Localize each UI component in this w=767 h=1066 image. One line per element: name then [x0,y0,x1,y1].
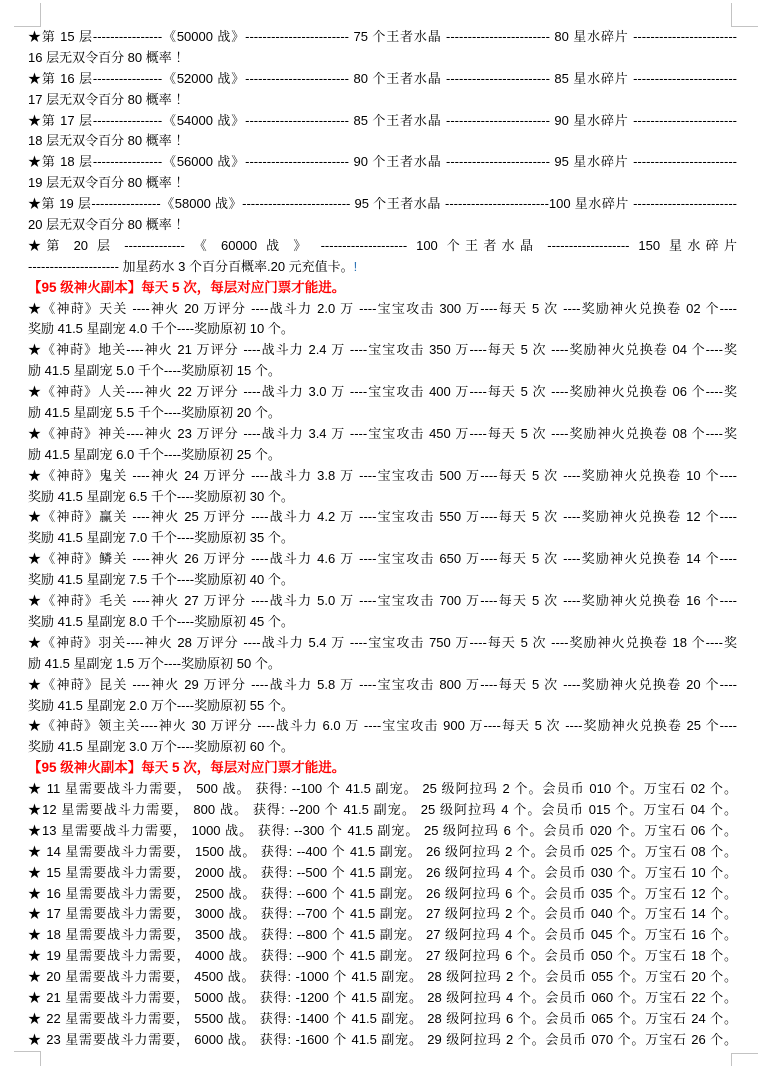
gate-reward-continuation: 励 41.5 星副宠 6.0 千个----奖励原初 25 个。 [28,445,737,466]
gate-reward-line: ★《神莳》毛关 ----神火 27 万评分 ----战斗力 5.0 万 ----… [28,591,737,612]
floor-reward-line: ★第 18 层----------------《56000 战》--------… [28,152,737,173]
gate-reward-line: ★《神莳》天关 ----神火 20 万评分 ----战斗力 2.0 万 ----… [28,299,737,320]
star-requirement-line: ★ 16 星需要战斗力需要， 2500 战。 获得: --600 个 41.5 … [28,884,737,905]
star-requirement-line: ★ 18 星需要战斗力需要， 3500 战。 获得: --800 个 41.5 … [28,925,737,946]
crop-mark-top-right [731,3,758,27]
fire-dungeon-header: 【95 级神火副本】每天 5 次，每层对应门票才能进。 [28,278,737,299]
floor-reward-line: ★第 17 层----------------《54000 战》--------… [28,111,737,132]
gate-reward-line: ★《神莳》鳞关 ----神火 26 万评分 ----战斗力 4.6 万 ----… [28,549,737,570]
gate-reward-continuation: 励 41.5 星副宠 5.5 千个----奖励原初 20 个。 [28,403,737,424]
gate-reward-continuation: 奖励 41.5 星副宠 7.0 千个----奖励原初 35 个。 [28,528,737,549]
floor-token-line: 16 层无双令百分 80 概率 ！ [28,48,737,69]
crop-mark-top-left [14,3,41,27]
floor-bonus-note-line: --------------------- 加星药水 3 个百分百概率.20 元… [28,257,737,278]
floor-reward-line: ★第 16 层----------------《52000 战》--------… [28,69,737,90]
star-requirement-line: ★ 15 星需要战斗力需要， 2000 战。 获得: --500 个 41.5 … [28,863,737,884]
document-body: ★第 15 层----------------《50000 战》--------… [28,27,737,1051]
crop-mark-bottom-left [14,1051,41,1066]
gate-reward-continuation: 奖励 41.5 星副宠 6.5 千个----奖励原初 30 个。 [28,487,737,508]
star-requirement-line: ★ 23 星需要战斗力需要， 6000 战。 获得: -1600 个 41.5 … [28,1030,737,1051]
star-requirement-line: ★ 22 星需要战斗力需要， 5500 战。 获得: -1400 个 41.5 … [28,1009,737,1030]
star-requirement-line: ★ 20 星需要战斗力需要， 4500 战。 获得: -1000 个 41.5 … [28,967,737,988]
gate-reward-line: ★《神莳》昆关 ----神火 29 万评分 ----战斗力 5.8 万 ----… [28,675,737,696]
floor-token-line: 20 层无双令百分 80 概率 ！ [28,215,737,236]
star-requirement-line: ★ 17 星需要战斗力需要， 3000 战。 获得: --700 个 41.5 … [28,904,737,925]
document-page: ★第 15 层----------------《50000 战》--------… [0,0,767,1066]
gate-reward-continuation: 奖励 41.5 星副宠 8.0 千个----奖励原初 45 个。 [28,612,737,633]
star-requirement-line: ★ 11 星需要战斗力需要， 500 战。 获得: --100 个 41.5 副… [28,779,737,800]
star-requirement-line: ★ 21 星需要战斗力需要， 5000 战。 获得: -1200 个 41.5 … [28,988,737,1009]
gate-reward-continuation: 奖励 41.5 星副宠 4.0 千个----奖励原初 10 个。 [28,319,737,340]
floor-reward-line: ★第 15 层----------------《50000 战》--------… [28,27,737,48]
gate-reward-line: ★《神莳》人关----神火 22 万评分 ----战斗力 3.0 万 ----宝… [28,382,737,403]
gate-reward-line: ★《神莳》羽关----神火 28 万评分 ----战斗力 5.4 万 ----宝… [28,633,737,654]
floor-token-line: 17 层无双令百分 80 概率 ！ [28,90,737,111]
floor-reward-line: ★第 19 层----------------《58000 战》--------… [28,194,737,215]
gate-reward-continuation: 励 41.5 星副宠 5.0 千个----奖励原初 15 个。 [28,361,737,382]
star-requirement-line: ★ 14 星需要战斗力需要， 1500 战。 获得: --400 个 41.5 … [28,842,737,863]
gate-reward-line: ★《神莳》神关----神火 23 万评分 ----战斗力 3.4 万 ----宝… [28,424,737,445]
gate-reward-continuation: 奖励 41.5 星副宠 2.0 万个----奖励原初 55 个。 [28,696,737,717]
floor-token-line: 18 层无双令百分 80 概率 ！ [28,131,737,152]
fire-dungeon-header: 【95 级神火副本】每天 5 次，每层对应门票才能进。 [28,758,737,779]
gate-reward-line: ★《神莳》赢关 ----神火 25 万评分 ----战斗力 4.2 万 ----… [28,507,737,528]
gate-reward-continuation: 奖励 41.5 星副宠 3.0 万个----奖励原初 60 个。 [28,737,737,758]
gate-reward-line: ★《神莳》领主关----神火 30 万评分 ----战斗力 6.0 万 ----… [28,716,737,737]
floor-bonus-note-text: --------------------- 加星药水 3 个百分百概率.20 元… [28,259,354,274]
star-requirement-line: ★ 19 星需要战斗力需要， 4000 战。 获得: --900 个 41.5 … [28,946,737,967]
gate-reward-continuation: 奖励 41.5 星副宠 7.5 千个----奖励原初 40 个。 [28,570,737,591]
crop-mark-bottom-right [731,1053,758,1066]
star-requirement-line: ★13 星需要战斗力需要， 1000 战。 获得: --300 个 41.5 副… [28,821,737,842]
floor-token-line: 19 层无双令百分 80 概率 ！ [28,173,737,194]
gate-reward-line: ★《神莳》鬼关 ----神火 24 万评分 ----战斗力 3.8 万 ----… [28,466,737,487]
star-requirement-line: ★12 星需要战斗力需要， 800 战。 获得: --200 个 41.5 副宠… [28,800,737,821]
gate-reward-continuation: 励 41.5 星副宠 1.5 万个----奖励原初 50 个。 [28,654,737,675]
gate-reward-line: ★《神莳》地关----神火 21 万评分 ----战斗力 2.4 万 ----宝… [28,340,737,361]
floor-reward-line: ★第 20 层 -------------- 《 60000 战 》 -----… [28,236,737,257]
floor-bonus-note-exclamation: ! [354,259,358,274]
